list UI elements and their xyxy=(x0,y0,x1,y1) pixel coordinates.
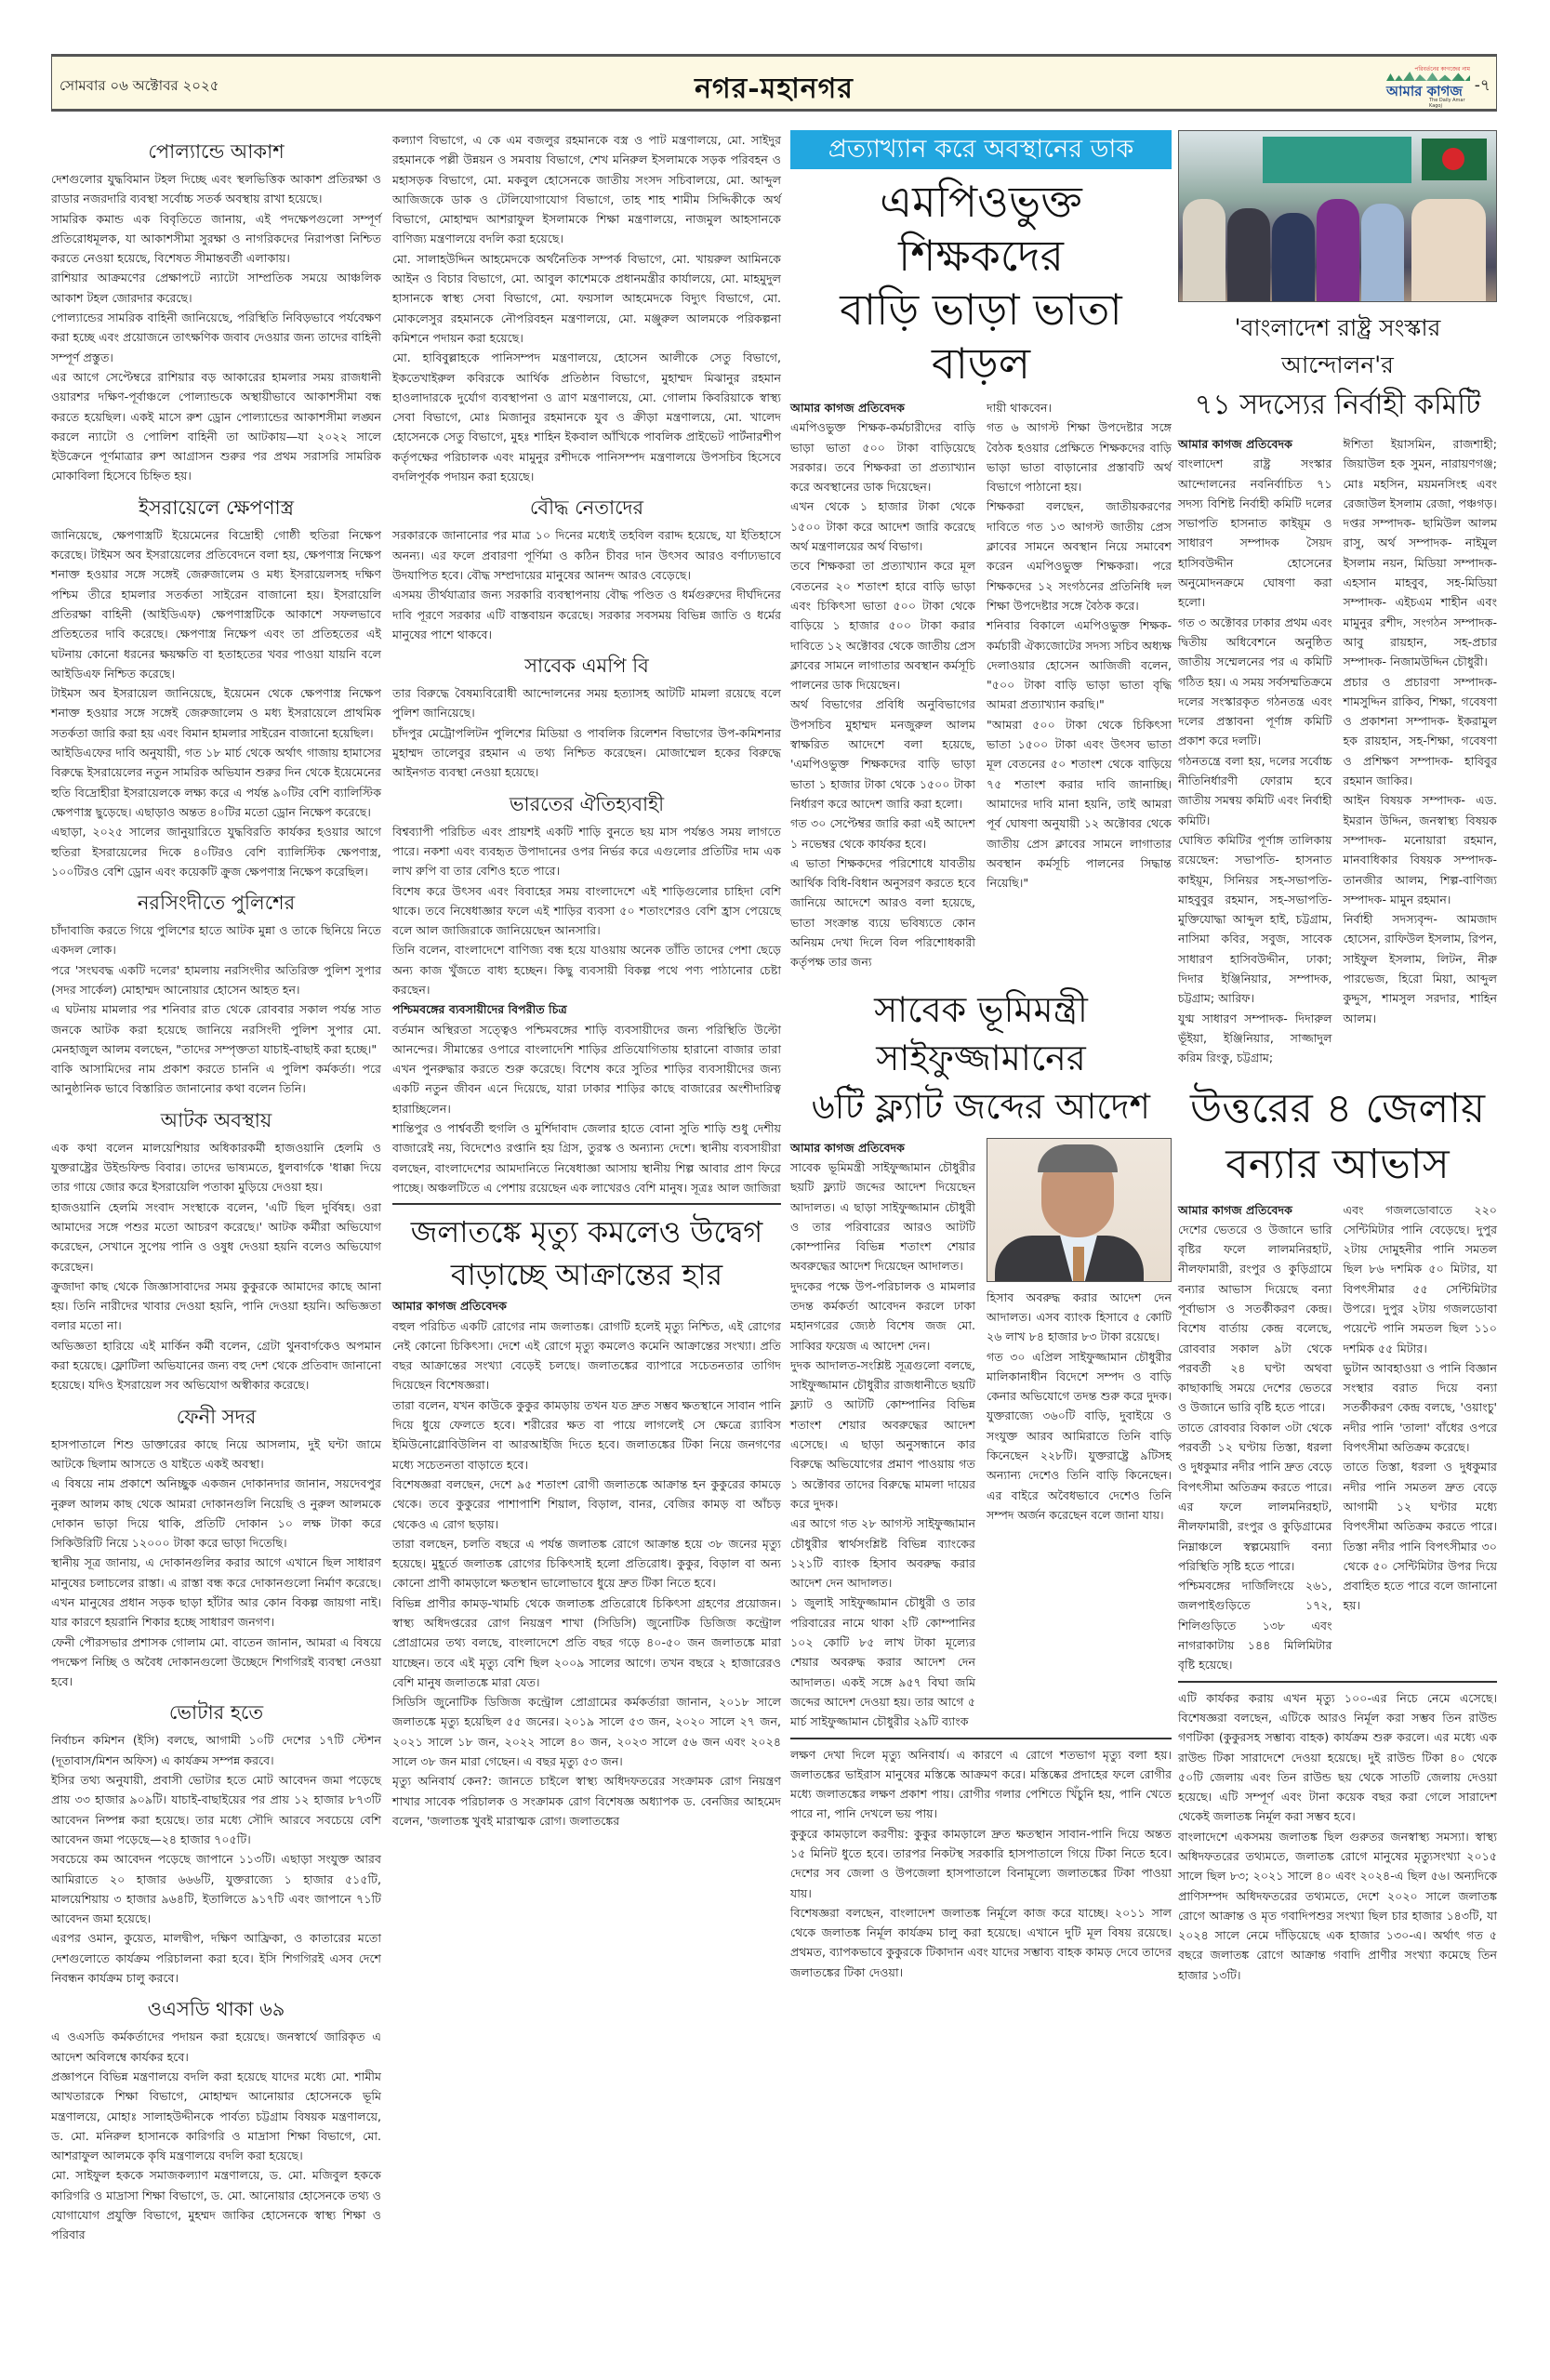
paragraph: তারা বলছেন, চলতি বছরে এ পর্যন্ত জলাতঙ্ক … xyxy=(392,1534,781,1593)
body-right: দায়ী থাকবেন। গত ৬ আগস্ট শিক্ষা উপদেষ্টা… xyxy=(987,398,1172,972)
paragraph: বহুল পরিচিত একটি রোগের নাম জলাতঙ্ক। রোগট… xyxy=(392,1316,781,1395)
group-photo xyxy=(1178,130,1497,302)
paragraph: এসময় তীর্থযাত্রার জন্য সরকারি ব্যবস্থাপ… xyxy=(392,585,781,644)
article-osd-continued: কল্যাণ বিভাগে, এ কে এম বজলুর রহমানকে বস্… xyxy=(392,130,781,486)
article-buddhist-leaders: বৌদ্ধ নেতাদের সরকারকে জানানোর পর মাত্র ১… xyxy=(392,492,781,644)
paragraph: বাংলাদেশে একসময় জলাতঙ্ক ছিল গুরুতর জনস্… xyxy=(1178,1827,1497,1985)
paragraph: দেশের ভেতরে ও উজানে ভারি বৃষ্টির ফলে লাল… xyxy=(1178,1220,1332,1418)
byline: আমার কাগজ প্রতিবেদক xyxy=(1178,434,1332,454)
paragraph: ১ জুলাই সাইফুজ্জামান চৌধুরী ও তার পরিবার… xyxy=(790,1593,975,1731)
paragraph: বিশেষজ্ঞরা বলছেন, বাংলাদেশ জলাতঙ্ক নির্ম… xyxy=(790,1903,1172,1982)
article-voter-registration: ভোটার হতে নির্বাচন কমিশন (ইসি) বলছে, আগা… xyxy=(51,1697,381,1988)
paragraph: ইসির তথ্য অনুযায়ী, প্রবাসী ভোটার হতে মো… xyxy=(51,1770,381,1849)
byline: আমার কাগজ প্রতিবেদক xyxy=(790,398,975,417)
paragraph: অভিজ্ঞতা হারিয়ে এই মার্কিন কর্মী বলেন, … xyxy=(51,1336,381,1395)
paragraph: এখন থেকে ১ হাজার টাকা থেকে ১৫০০ টাকা করে… xyxy=(790,496,975,556)
paragraph: সিডিসি জুনোটিক ডিজিজ কন্ট্রোল প্রোগ্রামে… xyxy=(392,1692,781,1771)
paragraph: এমপিওভুক্ত শিক্ষক-কর্মচারীদের বাড়ি ভাড়… xyxy=(790,417,975,496)
paragraph: যুগ্ম সাধারণ সম্পাদক- দিদারুল ভূঁইয়া, ই… xyxy=(1178,1009,1332,1068)
paragraph: দেশগুলোর যুদ্ধবিমান টহল দিচ্ছে এবং স্থলভ… xyxy=(51,169,381,209)
article-poland-airspace: পোল্যান্ডে আকাশ দেশগুলোর যুদ্ধবিমান টহল … xyxy=(51,136,381,486)
article-title: ইসরায়েলে ক্ষেপণাস্ত্র xyxy=(51,492,381,523)
paragraph: হিসাব অবরুদ্ধ করার আদেশ দেন আদালত। এসব ব… xyxy=(987,1288,1172,1347)
paragraph: অর্থ বিভাগের প্রবিধি অনুবিভাগের উপসচিব ম… xyxy=(790,694,975,813)
article-teachers-house-rent: প্রত্যাখ্যান করে অবস্থানের ডাক এমপিওভুক্… xyxy=(790,130,1172,972)
paragraph: তাতে তিস্তা, ধরলা ও দুধকুমার নদীর পানি স… xyxy=(1344,1457,1498,1615)
page-number: -৭ xyxy=(1475,73,1490,99)
divider xyxy=(392,1203,781,1205)
paragraph: প্রজ্ঞাপনে বিভিন্ন মন্ত্রণালয়ে বদলি করা… xyxy=(51,2067,381,2165)
paragraph: তিনি বলেন, বাংলাদেশে বাণিজ্য বন্ধ হয়ে য… xyxy=(392,940,781,999)
article-title: বৌদ্ধ নেতাদের xyxy=(392,492,781,523)
paragraph: টাইমস অব ইসরায়েল জানিয়েছে, ইয়েমেন থেক… xyxy=(51,683,381,743)
paragraph: প্রচার ও প্রচারণা সম্পাদক- শামসুদ্দিন রা… xyxy=(1344,672,1498,791)
article-title: আটক অবস্থায় xyxy=(51,1104,381,1136)
paragraph: লক্ষণ দেখা দিলে মৃত্যু অনিবার্য। এ কারণে… xyxy=(790,1745,1172,1824)
paragraph: বিশেষজ্ঞরা বলছেন, দেশে ৯৫ শতাংশ রোগী জলা… xyxy=(392,1474,781,1534)
paragraph: বিভিন্ন প্রাণীর কামড়-খামচি থেকে জলাতঙ্ক… xyxy=(392,1593,781,1692)
paragraph: গত ৩০ এপ্রিল সাইফুজ্জামান চৌধুরীর মালিকা… xyxy=(987,1347,1172,1526)
paragraph: ঈশিতা ইয়াসমিন, রাজশাহী; জিয়াউল হক সুমন… xyxy=(1344,434,1498,513)
paragraph: "আমরা ৫০০ টাকা থেকে চিকিৎসা ভাতা ১৫০০ টা… xyxy=(987,715,1172,893)
headline-line-1: এমপিওভুক্ত শিক্ষকদের xyxy=(790,175,1172,283)
body-right: ঈশিতা ইয়াসমিন, রাজশাহী; জিয়াউল হক সুমন… xyxy=(1344,434,1498,1068)
article-flood-warning: উত্তরের ৪ জেলায় বন্যার আভাস আমার কাগজ প… xyxy=(1178,1081,1497,1675)
photo-person xyxy=(1411,199,1486,301)
paragraph: রাশিয়ার আক্রমণের প্রেক্ষাপটে ন্যাটো সাম… xyxy=(51,268,381,308)
paragraph: গত ৩০ সেপ্টেম্বর জারি করা এই আদেশ ১ নভেম… xyxy=(790,813,975,853)
paragraph: এরপর ওমান, কুয়েত, মালদ্বীপ, দক্ষিণ আফ্র… xyxy=(51,1928,381,1988)
article-title: ভারতের ঐতিহ্যবাহী xyxy=(392,788,781,820)
logo-english: The Daily Amar Kagoj xyxy=(1429,98,1470,109)
paragraph: এটি কার্যকর করায় এখন মৃত্যু ১০০-এর নিচে… xyxy=(1178,1688,1497,1827)
headline: এমপিওভুক্ত শিক্ষকদের বাড়ি ভাড়া ভাতা বা… xyxy=(790,175,1172,390)
byline: আমার কাগজ প্রতিবেদক xyxy=(790,1138,975,1157)
photo-person xyxy=(1361,204,1404,301)
minister-photo xyxy=(987,1138,1172,1282)
paragraph: সাবেক ভূমিমন্ত্রী সাইফুজ্জামান চৌধুরীর ছ… xyxy=(790,1157,975,1276)
article-reform-movement-committee: 'বাংলাদেশ রাষ্ট্র সংস্কার আন্দোলন'র ৭১ স… xyxy=(1178,130,1497,1068)
paragraph: চাঁদপুর মেট্রোপলিটন পুলিশের মিডিয়া ও পা… xyxy=(392,723,781,783)
article-former-mp: সাবেক এমপি বি তার বিরুদ্ধে বৈষম্যবিরোধী … xyxy=(392,650,781,782)
headline: উত্তরের ৪ জেলায় বন্যার আভাস xyxy=(1178,1081,1497,1193)
paragraph: গত ৬ আগস্ট শিক্ষা উপদেষ্টার সঙ্গে বৈঠক হ… xyxy=(987,417,1172,496)
paragraph: সামরিক কমান্ড এক বিবৃতিতে জানায়, এই পদক… xyxy=(51,209,381,269)
paragraph: মো. সাইফুল হককে সমাজকল্যাণ মন্ত্রণালয়ে,… xyxy=(51,2165,381,2244)
paragraph: আইন বিষয়ক সম্পাদক- এড. ইমরান উদ্দিন, জন… xyxy=(1344,790,1498,909)
paragraph: মৃত্যু অনিবার্য কেন?: জানতে চাইলে স্বাস্… xyxy=(392,1771,781,1831)
paragraph: পোল্যান্ডের সামরিক বাহিনী জানিয়েছে, পরি… xyxy=(51,308,381,367)
article-title: সাবেক এমপি বি xyxy=(392,650,781,681)
paragraph: হাসপাতালে শিশু ডাক্তারের কাছে নিয়ে আসলা… xyxy=(51,1435,381,1474)
body-left: আমার কাগজ প্রতিবেদক বাংলাদেশ রাষ্ট্র সংস… xyxy=(1178,434,1332,1068)
headline-line-2: বাড়াচ্ছে আক্রান্তের হার xyxy=(392,1253,781,1296)
body-left: আমার কাগজ প্রতিবেদক দেশের ভেতরে ও উজানে … xyxy=(1178,1200,1332,1675)
body-left: আমার কাগজ প্রতিবেদক সাবেক ভূমিমন্ত্রী সা… xyxy=(790,1138,975,1732)
article-rabies-continued-2: এটি কার্যকর করায় এখন মৃত্যু ১০০-এর নিচে… xyxy=(1178,1688,1497,1985)
byline: আমার কাগজ প্রতিবেদক xyxy=(392,1296,781,1316)
article-osd-officers: ওএসডি থাকা ৬৯ এ ওএসডি কর্মকর্তাদের পদায়… xyxy=(51,1993,381,2244)
paragraph: কুকুরে কামড়ালে করণীয়: কুকুর কামড়ালে দ… xyxy=(790,1824,1172,1903)
paragraph: নির্বাচন কমিশন (ইসি) বলছে, আগামী ১০টি দে… xyxy=(51,1730,381,1770)
photo-person xyxy=(1227,208,1270,301)
headline-line-2: ৬টি ফ্ল্যাট জব্দের আদেশ xyxy=(790,1082,1172,1130)
paragraph: ভুটান আবহাওয়া ও পানি বিজ্ঞান সংস্থার বর… xyxy=(1344,1358,1498,1457)
body-right: এবং গজলডোবাতে ২২০ সেন্টিমিটার পানি বেড়ে… xyxy=(1344,1200,1498,1675)
body-right: হিসাব অবরুদ্ধ করার আদেশ দেন আদালত। এসব ব… xyxy=(987,1138,1172,1732)
paragraph: মো. সালাহউদ্দিন আহমেদকে অর্থনৈতিক সম্পর্… xyxy=(392,249,781,348)
article-title: ফেনী সদর xyxy=(51,1401,381,1433)
article-title: নরসিংদীতে পুলিশের xyxy=(51,887,381,919)
body-left: আমার কাগজ প্রতিবেদক এমপিওভুক্ত শিক্ষক-কর… xyxy=(790,398,975,972)
paragraph: দপ্তর সম্পাদক- ছামিউল আলম রাসু, অর্থ সম্… xyxy=(1344,513,1498,671)
photo-person xyxy=(1272,213,1315,301)
logo-tagline: পরিবর্তনের কাগজের নাম xyxy=(1414,64,1470,74)
article-title: ওএসডি থাকা ৬৯ xyxy=(51,1993,381,2025)
column-1: পোল্যান্ডে আকাশ দেশগুলোর যুদ্ধবিমান টহল … xyxy=(51,130,381,2245)
divider xyxy=(1178,1681,1497,1683)
paragraph: শান্তিপুর ও পার্শ্ববর্তী হুগলি ও মুর্শিদ… xyxy=(392,1118,781,1197)
headline-line-2: বন্যার আভাস xyxy=(1178,1137,1497,1193)
paragraph: এ ওএসডি কর্মকর্তাদের পদায়ন করা হয়েছে। … xyxy=(51,2027,381,2067)
photo-person xyxy=(1183,199,1225,301)
bangladesh-flag-icon xyxy=(1422,139,1487,180)
paragraph: দুদকের পক্ষে উপ-পরিচালক ও মামলার তদন্ত ক… xyxy=(790,1276,975,1355)
paragraph: তবে শিক্ষকরা তা প্রত্যাখ্যান করে মূল বেত… xyxy=(790,556,975,694)
headline-line-2: ৭১ সদস্যের নির্বাহী কমিটি xyxy=(1178,384,1497,427)
column-3: প্রত্যাখ্যান করে অবস্থানের ডাক এমপিওভুক্… xyxy=(790,130,1172,1982)
article-rabies: জলাতঙ্কে মৃত্যু কমলেও উদ্বেগ বাড়াচ্ছে আ… xyxy=(392,1210,781,1831)
sub-heading: পশ্চিমবঙ্গের ব্যবসায়ীদের বিপরীত চিত্র xyxy=(392,999,781,1019)
paragraph: শনিবার বিকালে এমপিওভুক্ত শিক্ষক-কর্মচারী… xyxy=(987,615,1172,714)
article-title: ভোটার হতে xyxy=(51,1697,381,1728)
paragraph: তারা বলেন, যখন কাউকে কুকুর কামড়ায় তখন … xyxy=(392,1395,781,1474)
paragraph: হাজওয়ানি হেলমি সংবাদ সংস্থাকে বলেন, 'এট… xyxy=(51,1197,381,1276)
paragraph: ঘোষিত কমিটির পূর্ণাঙ্গ তালিকায় রয়েছেন:… xyxy=(1178,830,1332,1009)
section-title: নগর-মহানগর xyxy=(52,66,1496,113)
headline-line-1: 'বাংলাদেশ রাষ্ট্র সংস্কার আন্দোলন'র xyxy=(1178,310,1497,384)
paragraph: এ ভাতা শিক্ষকদের পরিশোধে যাবতীয় আর্থিক … xyxy=(790,853,975,972)
paragraph: ফেনী পৌরসভার প্রশাসক গোলাম মো. বাতেন জান… xyxy=(51,1633,381,1692)
article-narsingdi-police: নরসিংদীতে পুলিশের চাঁদাবাজি করতে গিয়ে প… xyxy=(51,887,381,1099)
article-title: পোল্যান্ডে আকাশ xyxy=(51,136,381,167)
column-2: কল্যাণ বিভাগে, এ কে এম বজলুর রহমানকে বস্… xyxy=(392,130,781,1831)
article-feni-sadar: ফেনী সদর হাসপাতালে শিশু ডাক্তারের কাছে ন… xyxy=(51,1401,381,1692)
paragraph: কল্যাণ বিভাগে, এ কে এম বজলুর রহমানকে বস্… xyxy=(392,130,781,249)
paragraph: গঠনতন্ত্রে বলা হয়, দলের সর্বোচ্চ নীতিনি… xyxy=(1178,751,1332,830)
paragraph: শিক্ষকরা বলছেন, জাতীয়করণের দাবিতে গত ১৩… xyxy=(987,496,1172,615)
article-saifuzzaman-flats: সাবেক ভূমিমন্ত্রী সাইফুজ্জামানের ৬টি ফ্ল… xyxy=(790,985,1172,1732)
article-detention: আটক অবস্থায় এক কথা বলেন মালয়েশিয়ার অধ… xyxy=(51,1104,381,1395)
paragraph: এর আগে গত ২৮ আগস্ট সাইফুজ্জামান চৌধুরীর … xyxy=(790,1514,975,1593)
paragraph: স্থানীয় সূত্র জানায়, এ দোকানগুলির করার… xyxy=(51,1553,381,1632)
photo-backdrop xyxy=(1263,137,1411,183)
paragraph: সবচেয়ে কম আবেদন পড়েছে জাপানে ১১৩টি। এছ… xyxy=(51,1849,381,1928)
paragraph: দায়ী থাকবেন। xyxy=(987,398,1172,417)
paragraph: তাতে রোববার বিকাল ৩টা থেকে পরবর্তী ১২ ঘণ… xyxy=(1178,1418,1332,1576)
paragraph: এক কথা বলেন মালয়েশিয়ার অধিকারকর্মী হাজ… xyxy=(51,1138,381,1197)
article-body: আমার কাগজ প্রতিবেদক সাবেক ভূমিমন্ত্রী সা… xyxy=(790,1138,1172,1732)
paragraph: এ ঘটনায় মামলার পর শনিবার রাত থেকে রোববা… xyxy=(51,999,381,1059)
paragraph: বাকি আসামিদের নাম প্রকাশ করতে চাননি এ পু… xyxy=(51,1059,381,1099)
page-header: সোমবার ০৬ অক্টোবর ২০২৫ নগর-মহানগর পরিবর্… xyxy=(51,54,1497,112)
photo-tie xyxy=(1073,1247,1084,1282)
headline-line-2: বাড়ি ভাড়া ভাতা বাড়ল xyxy=(790,283,1172,390)
paragraph: এছাড়া, ২০২৫ সালের জানুয়ারিতে যুদ্ধবিরত… xyxy=(51,822,381,881)
byline: আমার কাগজ প্রতিবেদক xyxy=(1178,1200,1332,1220)
article-body: আমার কাগজ প্রতিবেদক দেশের ভেতরে ও উজানে … xyxy=(1178,1200,1497,1675)
headline-line-1: জলাতঙ্কে মৃত্যু কমলেও উদ্বেগ xyxy=(392,1210,781,1253)
paragraph: সরকারকে জানানোর পর মাত্র ১০ দিনের মধ্যেই… xyxy=(392,525,781,585)
divider xyxy=(790,1738,1172,1739)
paragraph: নির্বাহী সদস্যবৃন্দ- আমজাদ হোসেন, রাফিউল… xyxy=(1344,909,1498,1028)
photo-person xyxy=(1317,199,1359,301)
article-rabies-continued: লক্ষণ দেখা দিলে মৃত্যু অনিবার্য। এ কারণে… xyxy=(790,1745,1172,1983)
paragraph: ক্রুজাদা কাছ থেকে জিজ্ঞাসাবাদের সময় কুক… xyxy=(51,1276,381,1336)
paragraph: এবং গজলডোবাতে ২২০ সেন্টিমিটার পানি বেড়ে… xyxy=(1344,1200,1498,1358)
article-body: আমার কাগজ প্রতিবেদক বাংলাদেশ রাষ্ট্র সংস… xyxy=(1178,434,1497,1068)
paragraph: দুদক আদালত-সংশ্লিষ্ট সূত্রগুলো বলছে, সাই… xyxy=(790,1355,975,1514)
paragraph: আইডিএফের দাবি অনুযায়ী, গত ১৮ মার্চ থেকে… xyxy=(51,743,381,822)
paragraph: বিশ্বব্যাপী পরিচিত এবং প্রায়শই একটি শাড… xyxy=(392,822,781,881)
paragraph: বর্তমান অস্থিরতা সত্ত্বেও পশ্চিমবঙ্গের শ… xyxy=(392,1020,781,1118)
headline-line-1: উত্তরের ৪ জেলায় xyxy=(1178,1081,1497,1137)
article-body: আমার কাগজ প্রতিবেদক এমপিওভুক্ত শিক্ষক-কর… xyxy=(790,398,1172,972)
paragraph: এর আগে সেপ্টেম্বরে রাশিয়ার বড় আকারের হ… xyxy=(51,367,381,486)
paragraph: মো. হাবিবুল্লাহকে পানিসম্পদ মন্ত্রণালয়ে… xyxy=(392,348,781,486)
article-indian-saree: ভারতের ঐতিহ্যবাহী বিশ্বব্যাপী পরিচিত এবং… xyxy=(392,788,781,1198)
paragraph: চাঁদাবাজি করতে গিয়ে পুলিশের হাতে আটক মু… xyxy=(51,920,381,960)
paragraph: বাংলাদেশ রাষ্ট্র সংস্কার আন্দোলনের নবনির… xyxy=(1178,454,1332,612)
column-4: 'বাংলাদেশ রাষ্ট্র সংস্কার আন্দোলন'র ৭১ স… xyxy=(1178,130,1497,1985)
headline-line-1: সাবেক ভূমিমন্ত্রী সাইফুজ্জামানের xyxy=(790,985,1172,1082)
paragraph: তার বিরুদ্ধে বৈষম্যবিরোধী আন্দোলনের সময়… xyxy=(392,683,781,723)
photo-hair xyxy=(1038,1144,1118,1172)
paragraph: পশ্চিমবঙ্গের দার্জিলিংয়ে ২৬১, জলপাইগুড়… xyxy=(1178,1576,1332,1674)
newspaper-page: সোমবার ০৬ অক্টোবর ২০২৫ নগর-মহানগর পরিবর্… xyxy=(51,54,1497,2332)
article-israel-missile: ইসরায়েলে ক্ষেপণাস্ত্র জানিয়েছে, ক্ষেপণ… xyxy=(51,492,381,881)
newspaper-logo: পরিবর্তনের কাগজের নাম আমার কাগজ The Dail… xyxy=(1386,64,1470,105)
paragraph: গত ৩ অক্টোবর ঢাকার প্রথম এবং দ্বিতীয় অধ… xyxy=(1178,613,1332,751)
paragraph: জানিয়েছে, ক্ষেপণাস্ত্রটি ইয়েমেনের বিদ্… xyxy=(51,525,381,683)
paragraph: পরে 'সংঘবদ্ধ একটি দলের' হামলায় নরসিংদীর… xyxy=(51,960,381,1000)
paragraph: বিশেষ করে উৎসব এবং বিবাহের সময় বাংলাদেশ… xyxy=(392,881,781,941)
kicker-banner: প্রত্যাখ্যান করে অবস্থানের ডাক xyxy=(790,130,1172,169)
paragraph: এ বিষয়ে নাম প্রকাশে অনিচ্ছুক একজন দোকান… xyxy=(51,1474,381,1553)
